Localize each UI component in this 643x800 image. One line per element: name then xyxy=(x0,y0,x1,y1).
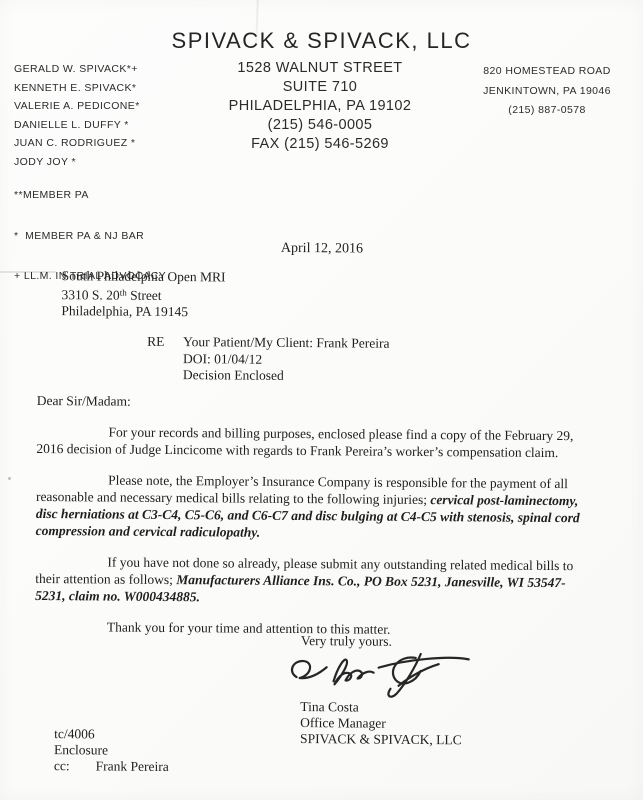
letter-paragraphs: Dear Sir/Madam: For your records and bil… xyxy=(35,392,589,653)
recipient-address: South Philadelphia Open MRI 3310 S. 20th… xyxy=(61,268,225,320)
re-subject-line: Your Patient/My Client: Frank Pereira xyxy=(183,334,389,352)
signer-lines: Tina Costa Office Manager SPIVACK & SPIV… xyxy=(300,699,462,748)
paragraph-2: Please note, the Employer’s Insurance Co… xyxy=(36,471,589,543)
paragraph-1: For your records and billing purposes, e… xyxy=(36,423,588,461)
re-label: RE xyxy=(147,334,183,384)
cc-name: Frank Pereira xyxy=(96,758,169,774)
salutation: Dear Sir/Madam: xyxy=(37,392,589,413)
recipient-line: Philadelphia, PA 19145 xyxy=(61,303,225,320)
letter-body: April 12, 2016 South Philadelphia Open M… xyxy=(0,0,643,800)
typist-reference: tc/4006 xyxy=(54,726,169,743)
closing-block: Very truly yours. Tina Costa Office Mana… xyxy=(300,633,462,748)
enclosure-notation: Enclosure xyxy=(54,742,169,759)
paragraph-3: If you have not done so already, please … xyxy=(35,553,587,608)
cc-line: cc:Frank Pereira xyxy=(54,758,169,775)
re-enclosure-line: Decision Enclosed xyxy=(183,367,389,385)
footer-block: tc/4006 Enclosure cc:Frank Pereira xyxy=(54,726,169,774)
re-lines: Your Patient/My Client: Frank Pereira DO… xyxy=(183,334,390,385)
re-doi-line: DOI: 01/04/12 xyxy=(183,351,389,369)
scanned-letter-page: SPIVACK & SPIVACK, LLC GERALD W. SPIVACK… xyxy=(0,0,643,800)
recipient-line: South Philadelphia Open MRI xyxy=(62,268,226,285)
signer-firm: SPIVACK & SPIVACK, LLC xyxy=(300,731,462,748)
handwritten-signature xyxy=(286,645,496,705)
signer-title: Office Manager xyxy=(300,715,462,732)
cc-label: cc: xyxy=(54,758,70,773)
letter-date: April 12, 2016 xyxy=(281,241,363,258)
recipient-line: 3310 S. 20th Street xyxy=(62,284,226,304)
re-block: RE Your Patient/My Client: Frank Pereira… xyxy=(147,334,390,385)
